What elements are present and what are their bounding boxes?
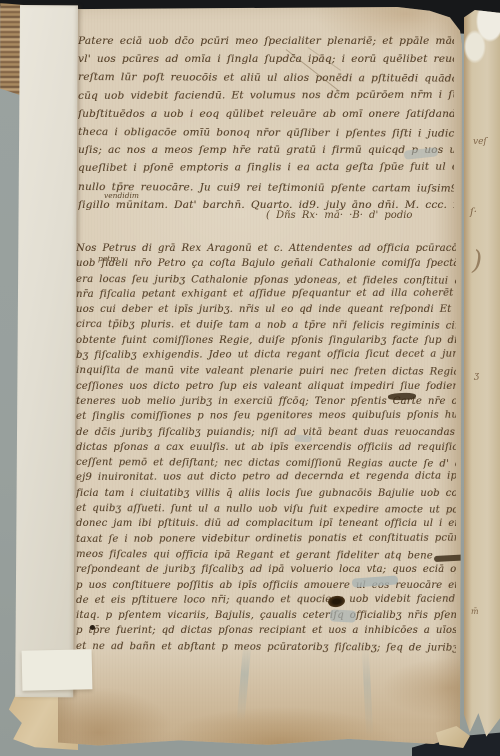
folio-text-fragment: ſ·: [470, 208, 477, 218]
repair-patch: [330, 609, 357, 622]
text-block-second-entry: Nos Petrus di grā Rex Aragonū et c. Atte…: [76, 243, 456, 656]
text-block-first-entry: Patere eciā uob dc̄o pcūri meo ſpecialit…: [78, 34, 454, 216]
text-line: itaq. p pſentem vicariis, Bajulis, çaual…: [76, 610, 456, 625]
folio-text-fragment: ʒ: [474, 372, 479, 381]
water-stain: [362, 647, 374, 737]
text-line: et ſinglis comiſſiones p nos ſeu pgenito…: [76, 410, 456, 427]
text-line: cūq uob videbit faciendū. Et volumus nos…: [78, 87, 454, 106]
text-line: ficia tam i ciuitatibʒ villis q̄ aliis l…: [76, 488, 456, 503]
text-line: nr̄a fiſcalia petant exhigant et aſſidue…: [76, 288, 456, 305]
text-line: Patere eciā uob dc̄o pcūri meo ſpecialit…: [78, 34, 454, 52]
text-line: p uos conſtituere poſſitis ab ipīs offic…: [76, 580, 456, 595]
text-line: reſpondeant de juribʒ fiſcalibʒ ad ipā v…: [76, 564, 456, 579]
text-line: dictas pſonas a cax euulſis. ut ab ipīs …: [76, 442, 456, 457]
page-guard-patch: [22, 649, 93, 690]
ink-spot: [90, 625, 95, 630]
folio-text-fragment: ): [472, 248, 482, 274]
interlinear-note: vendidim: [104, 192, 139, 200]
text-line: et ne ad bañn et abſtant p meos pcūrator…: [76, 641, 456, 658]
text-line: Nos Petrus di grā Rex Aragonū et c. Atte…: [76, 243, 456, 258]
folio-text-fragment: m̄: [471, 608, 479, 616]
text-line: queſlibet i pſonē emptoris a ſinglis i e…: [78, 160, 454, 179]
text-line: uſis; ac nos a meos ſemp hr̄e ratū gratū…: [78, 143, 454, 161]
folio-text-fragment: veſ: [473, 138, 487, 147]
text-line: uob fideli nr̄o Petro ça coſta Bajulo ge…: [76, 258, 456, 273]
text-line: ej9 inuironitat. uos aut dicto petro ad …: [76, 471, 456, 488]
chancery-subscription-note: ( Dñs Rx· mā· ·B· d' podio: [266, 210, 456, 222]
manuscript-page: Patere eciā uob dc̄o pcūri meo ſpecialit…: [58, 7, 462, 747]
text-line: vl' uos pcūres ad omīa i ſingla ſupdc̄a …: [78, 52, 454, 70]
text-line: taxat ſe i nob ponere videbitur ordineti…: [76, 532, 456, 549]
text-line: donec jam ibi pſtituis. diū ad complacit…: [76, 518, 456, 533]
text-line: p tp̄re fuerint; qd dictas pſonas recipi…: [76, 625, 456, 640]
repair-patch: [294, 435, 312, 443]
text-line: bʒ fiſcalibʒ exhigendis. Jdeo ut dicta r…: [76, 349, 456, 366]
text-line: de dc̄is juribʒ fiſcalibʒ puiandis; niſi…: [76, 427, 456, 442]
manuscript-photo: veſ ſ· ) ʒ m̄ Patere eciā uob dc̄o pcūri…: [0, 0, 500, 756]
adjacent-folio-edge: veſ ſ· ) ʒ m̄: [464, 10, 500, 744]
text-line: uos cui deber et ipīs juribʒ. nr̄is ul e…: [76, 304, 456, 319]
text-line: theca i obligacōe omīū bonoq nr̄or qūſli…: [78, 125, 454, 145]
text-line: obtente fuint comiſſiones Regie, duiſe p…: [76, 335, 456, 350]
text-line: de et eis pſtituere loco nr̄i; quando et…: [76, 594, 456, 611]
page-guard-strip: [15, 5, 78, 697]
text-line: ſubſtituēdos a uob i eoq qūlibet releuār…: [78, 107, 454, 125]
